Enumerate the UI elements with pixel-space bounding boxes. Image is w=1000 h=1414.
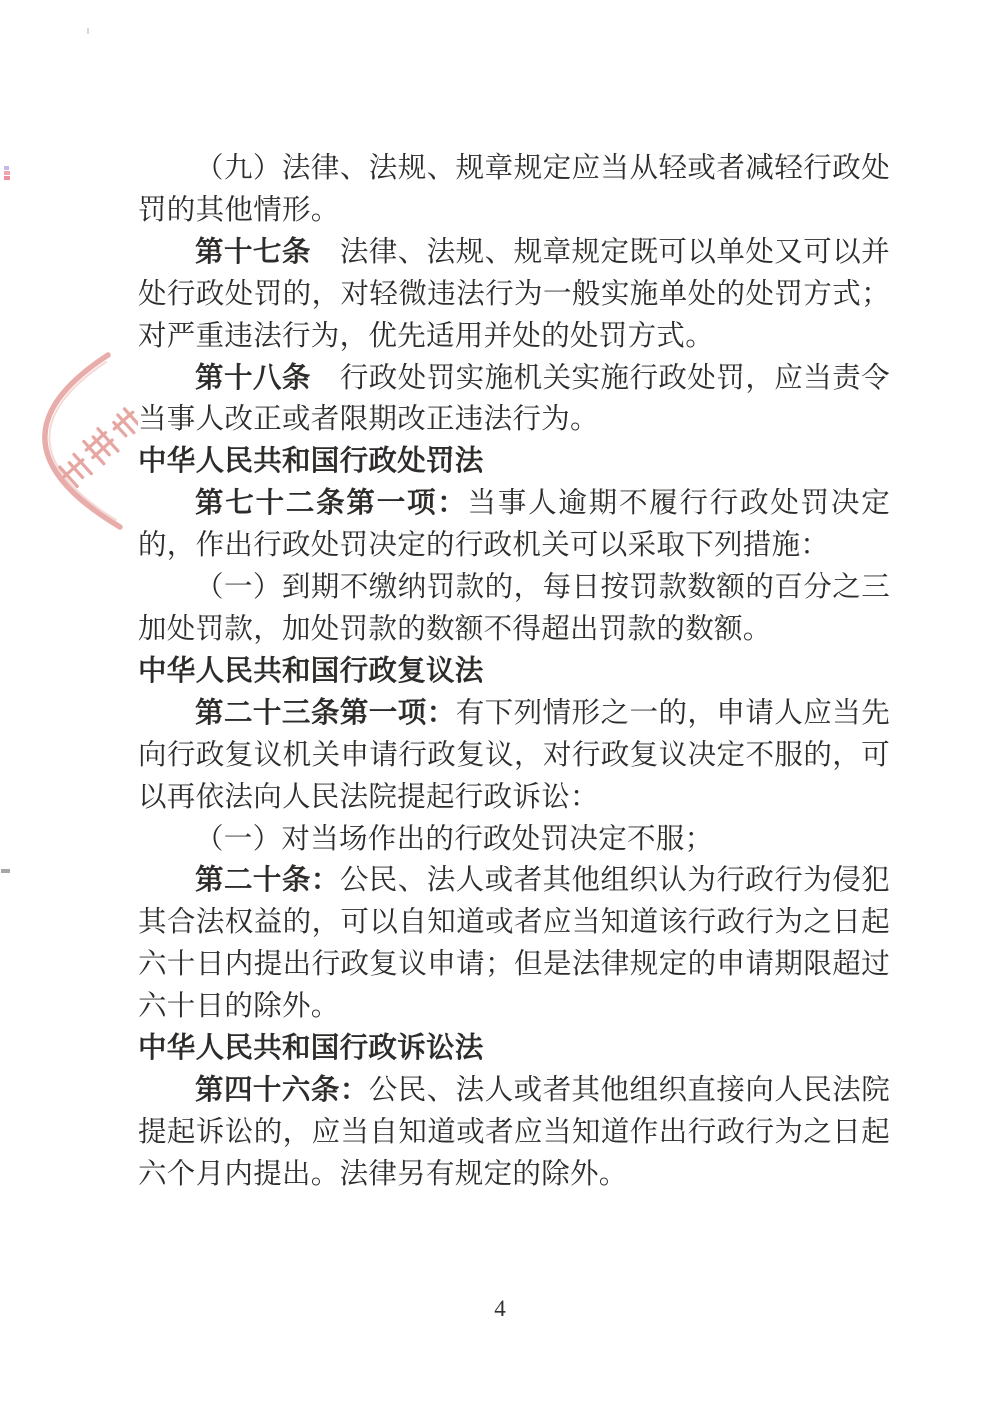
- bold-text-run: 第二十条：: [195, 864, 340, 896]
- paragraph: （一）对当场作出的行政处罚决定不服；: [138, 819, 890, 861]
- bold-text-run: 中华人民共和国行政复议法: [138, 655, 484, 687]
- bold-text-run: 第十七条: [195, 236, 311, 268]
- bold-text-run: 第四十六条：: [195, 1074, 369, 1106]
- paragraph: 第四十六条：公民、法人或者其他组织直接向人民法院提起诉讼的，应当自知道或者应当知…: [138, 1070, 890, 1196]
- law-title: 中华人民共和国行政诉讼法: [138, 1028, 890, 1070]
- official-stamp-partial: [28, 342, 138, 542]
- text-run: （九）法律、法规、规章规定应当从轻或者减轻行政处罚的其他情形。: [138, 153, 890, 226]
- bold-text-run: 中华人民共和国行政诉讼法: [138, 1032, 484, 1064]
- paragraph: 第二十条：公民、法人或者其他组织认为行政行为侵犯其合法权益的，可以自知道或者应当…: [138, 860, 890, 1028]
- bold-text-run: 第十八条: [195, 362, 311, 394]
- scan-artifact-dash: [1, 869, 10, 873]
- scan-artifact-edge-marks: [4, 166, 11, 182]
- bold-text-run: 第二十三条第一项：: [195, 697, 456, 729]
- paragraph: 第十七条 法律、法规、规章规定既可以单处又可以并处行政处罚的，对轻微违法行为一般…: [138, 232, 890, 358]
- paragraph: 第七十二条第一项：当事人逾期不履行行政处罚决定的，作出行政处罚决定的行政机关可以…: [138, 483, 890, 567]
- scan-artifact-speck: [87, 28, 89, 34]
- paragraph: （一）到期不缴纳罚款的，每日按罚款数额的百分之三加处罚款，加处罚款的数额不得超出…: [138, 567, 890, 651]
- paragraph: （九）法律、法规、规章规定应当从轻或者减轻行政处罚的其他情形。: [138, 148, 890, 232]
- document-body: （九）法律、法规、规章规定应当从轻或者减轻行政处罚的其他情形。第十七条 法律、法…: [138, 148, 890, 1196]
- scanned-document-page: （九）法律、法规、规章规定应当从轻或者减轻行政处罚的其他情形。第十七条 法律、法…: [0, 0, 1000, 1414]
- bold-text-run: 第七十二条第一项：: [195, 487, 468, 519]
- paragraph: 第二十三条第一项：有下列情形之一的，申请人应当先向行政复议机关申请行政复议，对行…: [138, 693, 890, 819]
- law-title: 中华人民共和国行政复议法: [138, 651, 890, 693]
- text-run: （一）到期不缴纳罚款的，每日按罚款数额的百分之三加处罚款，加处罚款的数额不得超出…: [138, 572, 890, 645]
- bold-text-run: 中华人民共和国行政处罚法: [138, 445, 484, 477]
- paragraph: 第十八条 行政处罚实施机关实施行政处罚，应当责令当事人改正或者限期改正违法行为。: [138, 358, 890, 442]
- law-title: 中华人民共和国行政处罚法: [138, 441, 890, 483]
- text-run: （一）对当场作出的行政处罚决定不服；: [195, 824, 713, 855]
- page-number: 4: [0, 1296, 1000, 1322]
